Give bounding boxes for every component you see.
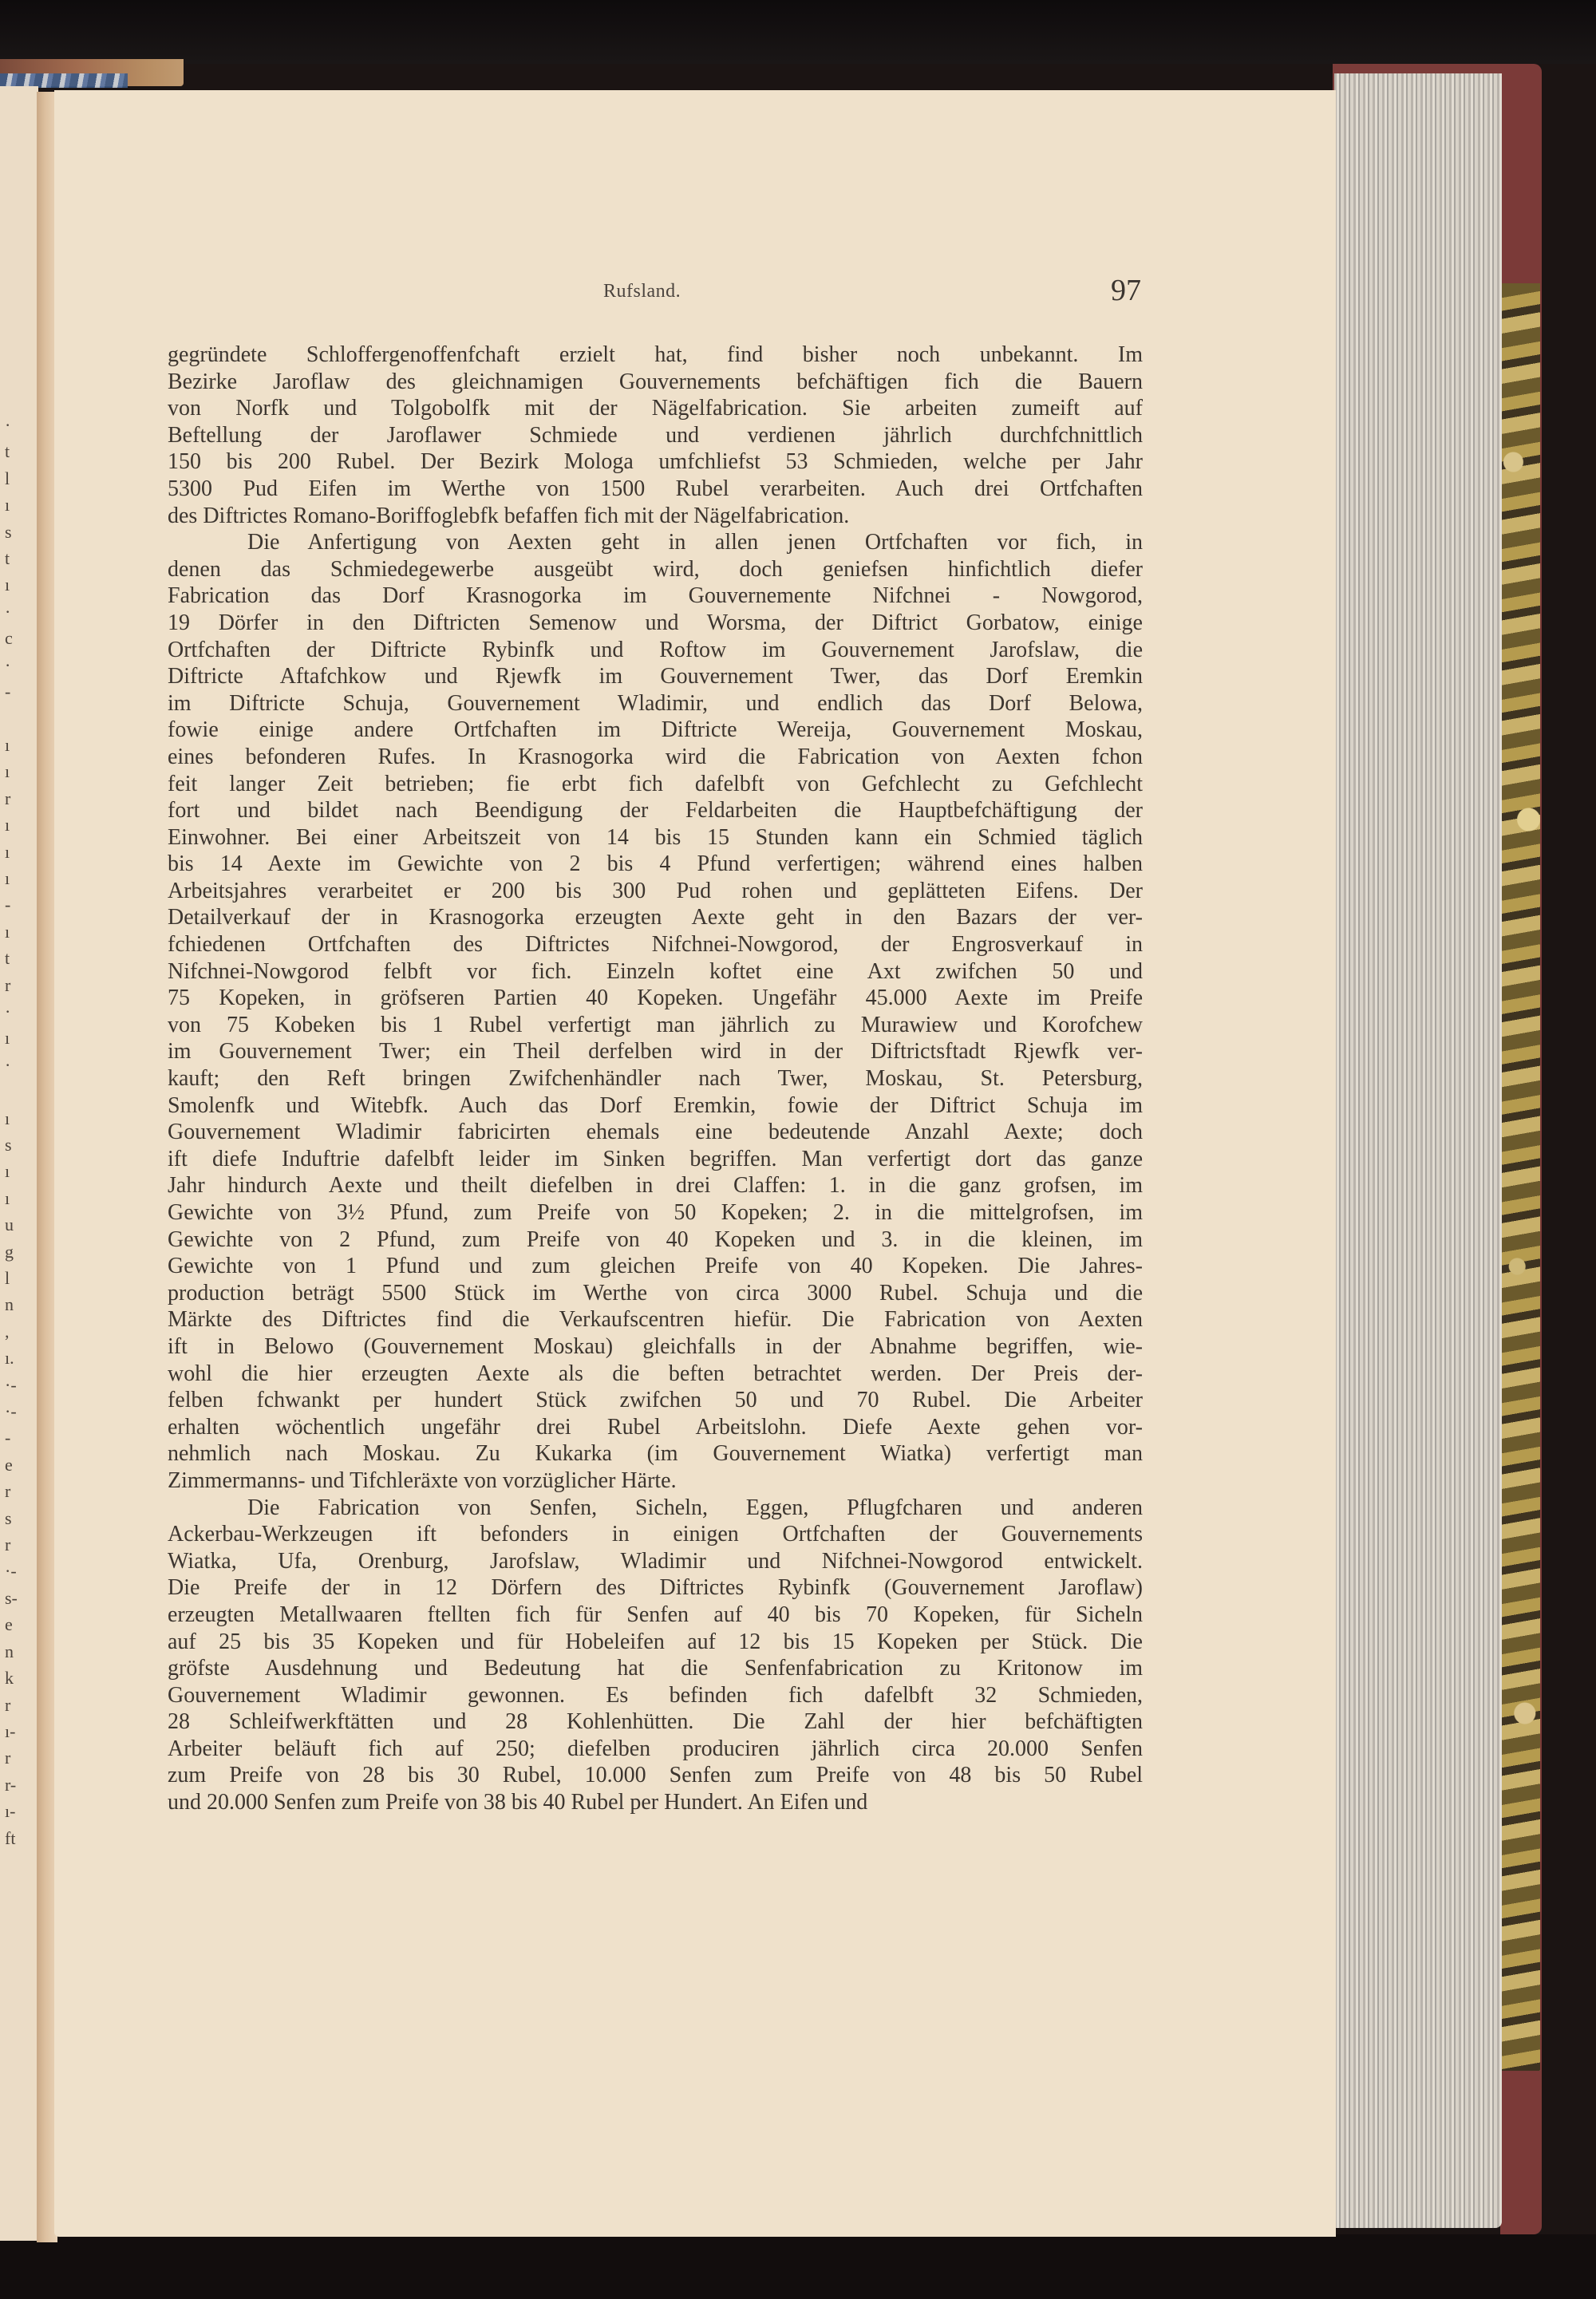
text-line: Detailverkauf der in Krasnogorka erzeugt… (168, 904, 1143, 931)
text-line: eines befonderen Rufes. In Krasnogorka w… (168, 744, 1143, 771)
text-line: und 20.000 Senfen zum Preife von 38 bis … (168, 1789, 1143, 1816)
text-line: Nifchnei-Nowgorod felbft vor fich. Einze… (168, 958, 1143, 986)
text-line: 5300 Pud Eifen im Werthe von 1500 Rubel … (168, 476, 1143, 503)
text-line: Ortfchaften der Diftricte Rybinfk und Ro… (168, 637, 1143, 664)
paragraph: gegründete Schloffergenoffenfchaft erzie… (168, 342, 1143, 529)
running-title: Rufsland. (603, 281, 681, 302)
text-line: 28 Schleifwerkftätten und 28 Kohlenhütte… (168, 1708, 1143, 1736)
text-line: Arbeiter beläuft fich auf 250; diefelben… (168, 1736, 1143, 1763)
page-block-edges (1334, 73, 1502, 2228)
text-line: Gouvernement Wladimir fabricirten ehemal… (168, 1119, 1143, 1146)
text-line: Die Anfertigung von Aexten geht in allen… (168, 529, 1143, 556)
text-line: Die Preife der in 12 Dörfern des Diftric… (168, 1574, 1143, 1602)
text-line: denen das Schmiedegewerbe ausgeübt wird,… (168, 556, 1143, 583)
background-bottom (0, 2234, 1596, 2299)
text-line: von Norfk und Tolgobolfk mit der Nägelfa… (168, 395, 1143, 422)
paragraph: Die Fabrication von Senfen, Sicheln, Egg… (168, 1495, 1143, 1816)
text-line: Arbeitsjahres verarbeitet er 200 bis 300… (168, 878, 1143, 905)
text-line: fowie einige andere Ortfchaften im Diftr… (168, 717, 1143, 744)
text-line: Gewichte von 3½ Pfund, zum Preife von 50… (168, 1199, 1143, 1227)
text-line: kauft; den Reft bringen Zwifchenhändler … (168, 1065, 1143, 1092)
text-line: feit langer Zeit betrieben; fie erbt fic… (168, 771, 1143, 798)
text-line: erzeugten Metallwaaren ftellten fich für… (168, 1602, 1143, 1629)
paragraph: Die Anfertigung von Aexten geht in allen… (168, 529, 1143, 1494)
text-line: gröfste Ausdehnung und Bedeutung hat die… (168, 1655, 1143, 1682)
text-line: Märkte des Diftrictes find die Verkaufsc… (168, 1306, 1143, 1333)
text-line: bis 14 Aexte im Gewichte von 2 bis 4 Pfu… (168, 851, 1143, 878)
text-line: erhalten wöchentlich ungefähr drei Rubel… (168, 1414, 1143, 1441)
text-line: nehmlich nach Moskau. Zu Kukarka (im Gou… (168, 1440, 1143, 1467)
text-line: 75 Kopeken, in gröfseren Partien 40 Kope… (168, 985, 1143, 1012)
marbled-board (1502, 283, 1540, 2071)
text-line: Jahr hindurch Aexte und theilt diefelben… (168, 1172, 1143, 1199)
text-line: Bezirke Jaroflaw des gleichnamigen Gouve… (168, 369, 1143, 396)
text-line: 19 Dörfer in den Diftricten Semenow und … (168, 610, 1143, 637)
text-line: des Diftrictes Romano-Boriffoglebfk befa… (168, 503, 1143, 530)
text-line: Wiatka, Ufa, Orenburg, Jarofslaw, Wladim… (168, 1548, 1143, 1575)
text-line: gegründete Schloffergenoffenfchaft erzie… (168, 342, 1143, 369)
text-line: Beftellung der Jaroflawer Schmiede und v… (168, 422, 1143, 449)
text-line: auf 25 bis 35 Kopeken und für Hobeleifen… (168, 1629, 1143, 1656)
text-line: im Diftricte Schuja, Gouvernement Wladim… (168, 690, 1143, 717)
text-line: wohl die hier erzeugten Aexte als die be… (168, 1361, 1143, 1388)
body-text: gegründete Schloffergenoffenfchaft erzie… (168, 342, 1143, 1816)
text-line: Ackerbau-Werkzeugen ift befonders in ein… (168, 1521, 1143, 1548)
page-number: 97 (1111, 273, 1141, 308)
text-line: von 75 Kobeken bis 1 Rubel verfertigt ma… (168, 1012, 1143, 1039)
text-line: Gewichte von 1 Pfund und zum gleichen Pr… (168, 1253, 1143, 1280)
text-line: Einwohner. Bei einer Arbeitszeit von 14 … (168, 824, 1143, 851)
text-line: Smolenfk und Witebfk. Auch das Dorf Erem… (168, 1092, 1143, 1120)
text-line: Gewichte von 2 Pfund, zum Preife von 40 … (168, 1227, 1143, 1254)
text-line: Gouvernement Wladimir gewonnen. Es befin… (168, 1682, 1143, 1709)
text-line: ift in Belowo (Gouvernement Moskau) glei… (168, 1333, 1143, 1361)
background-top (0, 0, 1596, 64)
text-line: zum Preife von 28 bis 30 Rubel, 10.000 S… (168, 1762, 1143, 1789)
text-line: production beträgt 5500 Stück im Werthe … (168, 1280, 1143, 1307)
facing-page: · t l ı s t ı · c · - ı ı r ı ı ı - ı t … (0, 86, 38, 2241)
text-line: ift diefe Induftrie dafelbft leider im S… (168, 1146, 1143, 1173)
text-line: Zimmermanns- und Tifchleräxte von vorzüg… (168, 1467, 1143, 1495)
text-line: im Gouvernement Twer; ein Theil derfelbe… (168, 1038, 1143, 1065)
text-line: 150 bis 200 Rubel. Der Bezirk Mologa umf… (168, 448, 1143, 476)
text-line: Die Fabrication von Senfen, Sicheln, Egg… (168, 1495, 1143, 1522)
facing-page-line-ends: · t l ı s t ı · c · - ı ı r ı ı ı - ı t … (5, 412, 37, 1851)
text-line: Fabrication das Dorf Krasnogorka im Gouv… (168, 583, 1143, 610)
text-line: felben fchwankt per hundert Stück zwifch… (168, 1387, 1143, 1414)
text-line: fort und bildet nach Beendigung der Feld… (168, 797, 1143, 824)
text-line: Diftricte Aftafchkow und Rjewfk im Gouve… (168, 663, 1143, 690)
text-line: fchiedenen Ortfchaften des Diftrictes Ni… (168, 931, 1143, 958)
